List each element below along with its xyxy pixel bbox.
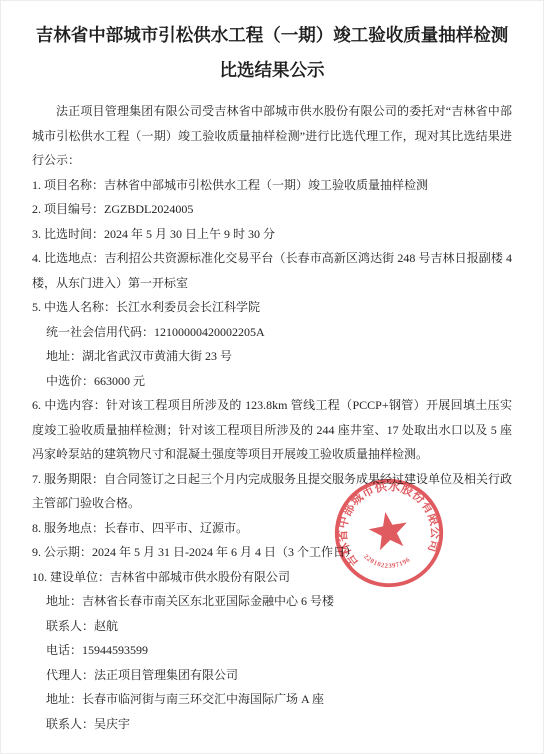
notice-line-winner-name: 5. 中选人名称：长江水利委员会长江科学院 <box>32 295 512 320</box>
notice-line-winner-address: 地址：湖北省武汉市黄浦大街 23 号 <box>32 344 512 369</box>
notice-line-project-name: 1. 项目名称：吉林省中部城市引松供水工程（一期）竣工验收质量抽样检测 <box>32 173 512 198</box>
notice-line-credit-code: 统一社会信用代码：12100000420002205A <box>32 320 512 345</box>
intro-paragraph: 法正项目管理集团有限公司受吉林省中部城市供水股份有限公司的委托对“吉林省中部城市… <box>32 99 512 173</box>
notice-title-line1: 吉林省中部城市引松供水工程（一期）竣工验收质量抽样检测 <box>32 21 512 49</box>
notice-line-owner-address: 地址：吉林省长春市南关区东北亚国际金融中心 6 号楼 <box>32 589 512 614</box>
notice-line-owner-contact: 联系人：赵航 <box>32 614 512 639</box>
notice-line-project-number: 2. 项目编号：ZGZBDL2024005 <box>32 197 512 222</box>
notice-line-agent-contact: 联系人：吴庆宇 <box>32 712 512 737</box>
notice-page: 吉林省中部城市引松供水工程（一期）竣工验收质量抽样检测 比选结果公示 法正项目管… <box>0 0 544 754</box>
notice-line-service-place: 8. 服务地点：长春市、四平市、辽源市。 <box>32 516 512 541</box>
notice-line-winning-price: 中选价：663000 元 <box>32 369 512 394</box>
notice-line-agent: 代理人：法正项目管理集团有限公司 <box>32 663 512 688</box>
notice-line-selection-place: 4. 比选地点：吉利招公共资源标准化交易平台（长春市高新区鸿达街 248 号吉林… <box>32 246 512 295</box>
notice-line-publicity-period: 9. 公示期：2024 年 5 月 31 日-2024 年 6 月 4 日（3 … <box>32 540 512 565</box>
notice-line-selection-time: 3. 比选时间：2024 年 5 月 30 日上午 9 时 30 分 <box>32 222 512 247</box>
notice-line-owner-phone: 电话：15944593599 <box>32 638 512 663</box>
notice-line-service-period: 7. 服务期限：自合同签订之日起三个月内完成服务且提交服务成果经过建设单位及相关… <box>32 467 512 516</box>
notice-body: 法正项目管理集团有限公司受吉林省中部城市供水股份有限公司的委托对“吉林省中部城市… <box>32 99 512 736</box>
notice-line-agent-address: 地址：长春市临河街与南三环交汇中海国际广场 A 座 <box>32 687 512 712</box>
notice-title-line2: 比选结果公示 <box>32 56 512 84</box>
notice-line-owner: 10. 建设单位：吉林省中部城市供水股份有限公司 <box>32 565 512 590</box>
notice-line-content: 6. 中选内容：针对该工程项目所涉及的 123.8km 管线工程（PCCP+钢管… <box>32 393 512 467</box>
